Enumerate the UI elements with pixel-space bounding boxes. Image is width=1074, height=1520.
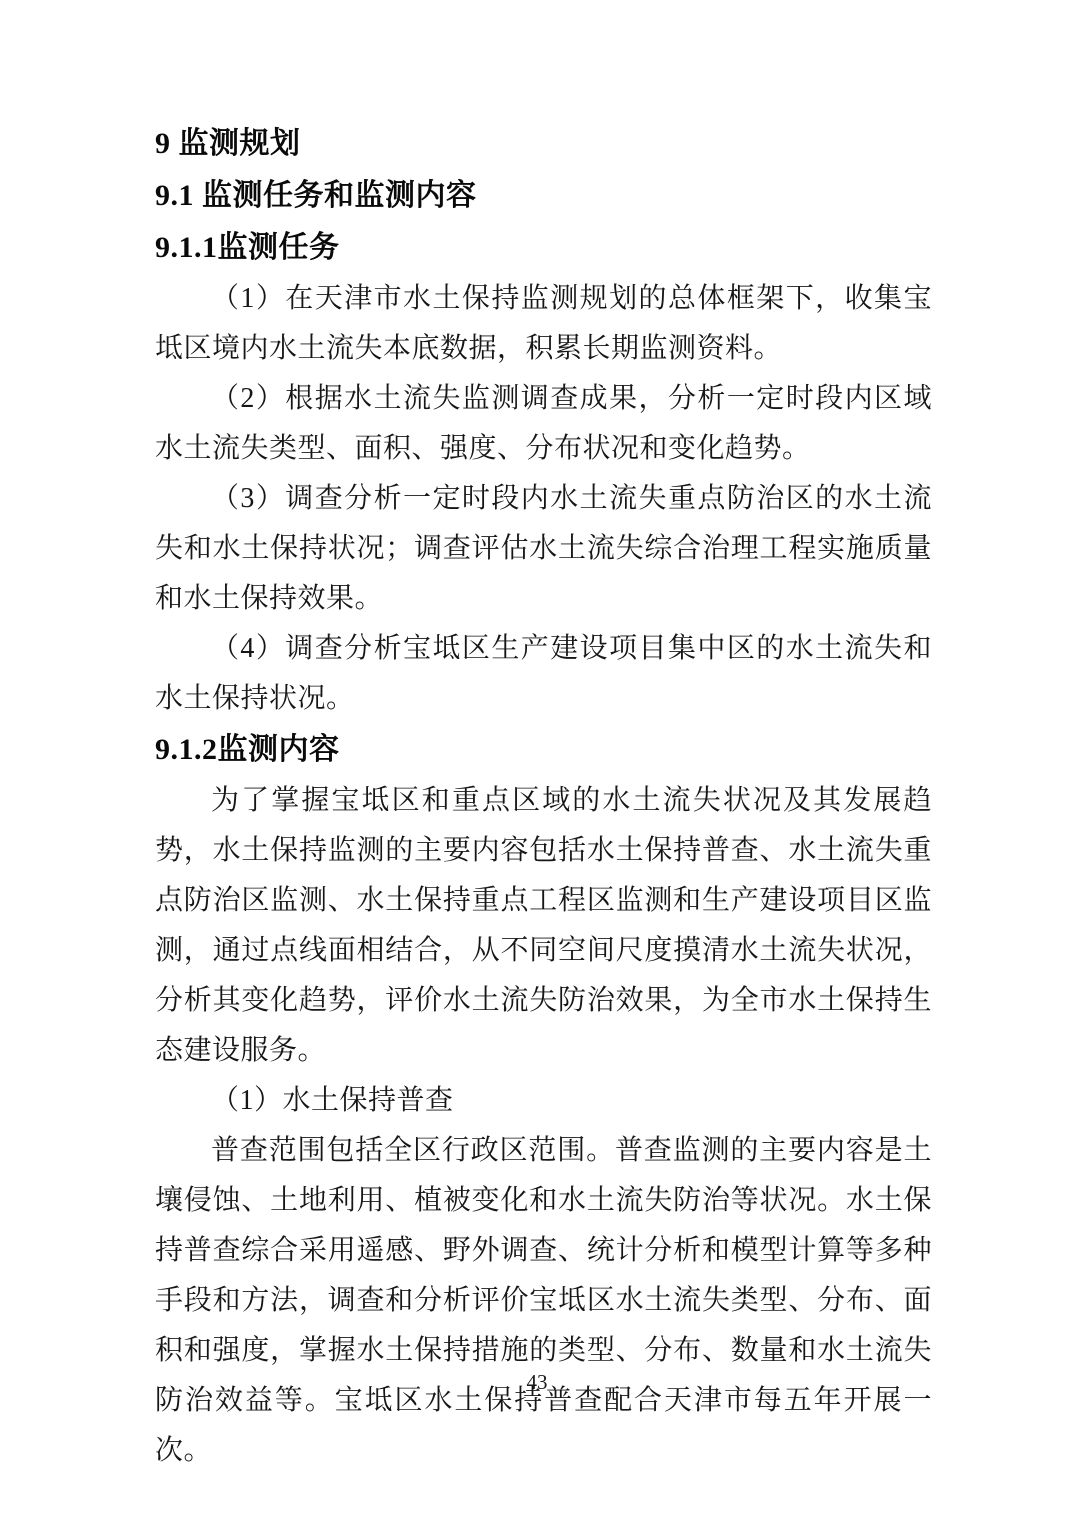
paragraph-task-2: （2）根据水土流失监测调查成果，分析一定时段内区域水土流失类型、面积、强度、分布…	[155, 374, 932, 474]
document-page: 9 监测规划 9.1 监测任务和监测内容 9.1.1监测任务 （1）在天津市水土…	[0, 0, 1074, 1520]
chapter-heading: 9 监测规划	[155, 118, 932, 170]
paragraph-content-census: 普查范围包括全区行政区范围。普查监测的主要内容是土壤侵蚀、土地利用、植被变化和水…	[155, 1126, 932, 1476]
paragraph-task-4: （4）调查分析宝坻区生产建设项目集中区的水土流失和水土保持状况。	[155, 624, 932, 724]
paragraph-task-3: （3）调查分析一定时段内水土流失重点防治区的水土流失和水土保持状况；调查评估水土…	[155, 474, 932, 624]
paragraph-task-1: （1）在天津市水土保持监测规划的总体框架下，收集宝坻区境内水土流失本底数据，积累…	[155, 274, 932, 374]
document-content: 9 监测规划 9.1 监测任务和监测内容 9.1.1监测任务 （1）在天津市水土…	[155, 118, 932, 1476]
page-number: 43	[0, 1370, 1074, 1395]
paragraph-content-overview: 为了掌握宝坻区和重点区域的水土流失状况及其发展趋势，水土保持监测的主要内容包括水…	[155, 776, 932, 1076]
paragraph-content-item-1-title: （1）水土保持普查	[155, 1076, 932, 1126]
subsection-heading-monitoring-tasks: 9.1.1监测任务	[155, 222, 932, 274]
section-heading: 9.1 监测任务和监测内容	[155, 170, 932, 222]
subsection-heading-monitoring-content: 9.1.2监测内容	[155, 724, 932, 776]
